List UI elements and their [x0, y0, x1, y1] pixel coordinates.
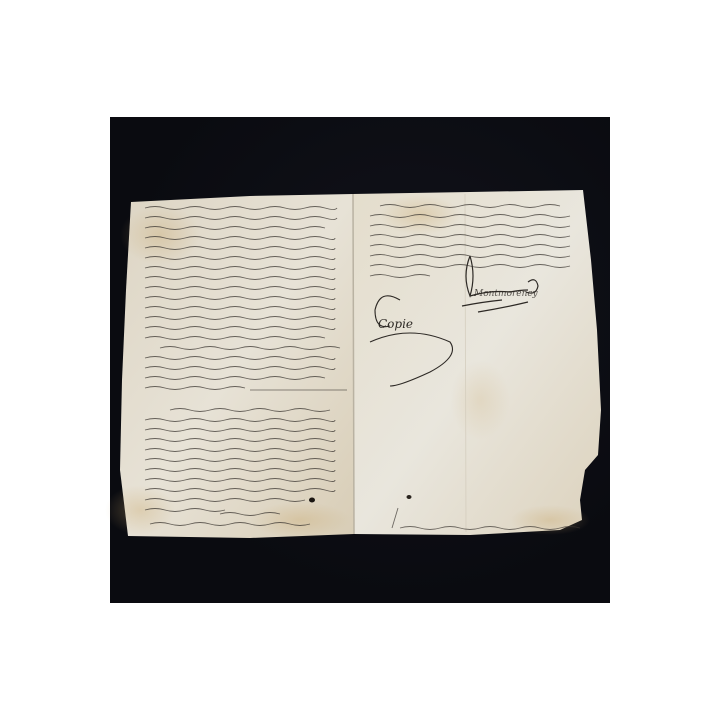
signature-text: Copie	[378, 317, 413, 331]
manuscript-document: Montmorency Copie	[0, 0, 720, 720]
right-page	[353, 190, 601, 535]
hole	[407, 495, 412, 499]
center-fold	[353, 194, 354, 534]
signature-text: Montmorency	[473, 289, 538, 299]
left-page	[105, 194, 354, 538]
hole	[309, 498, 315, 503]
